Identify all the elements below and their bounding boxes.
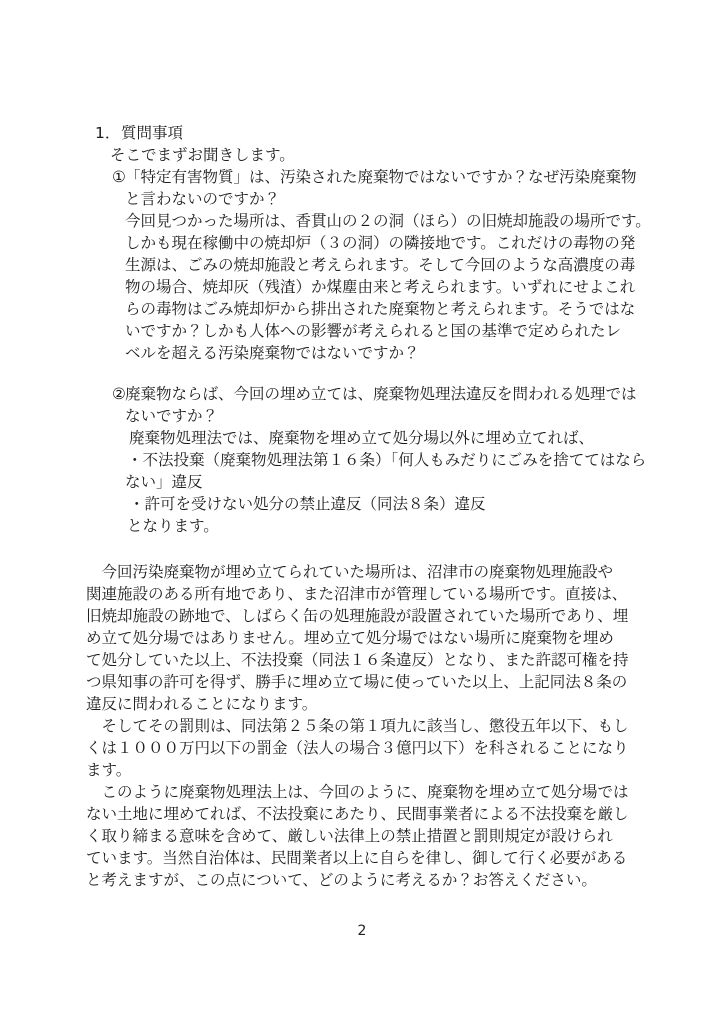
text-line: 「特定有害物質」は、汚染された廃棄物ではないですか？なぜ汚染廃棄物 [125,166,642,188]
text-line: 廃棄物処理法では、廃棄物を埋め立て処分場以外に埋め立てれば、 [129,427,642,449]
text-line: 今回汚染廃棄物が埋め立てられていた場所は、沼津市の廃棄物処理施設や [86,561,642,583]
page-number: 2 [0,920,724,942]
document-page: 1．質問事項 そこでまずお聞きします。 ① 「特定有害物質」は、汚染された廃棄物… [0,0,724,1024]
question-item-1: ① 「特定有害物質」は、汚染された廃棄物ではないですか？なぜ汚染廃棄物 と言わな… [86,166,642,364]
document-content: 1．質問事項 そこでまずお聞きします。 ① 「特定有害物質」は、汚染された廃棄物… [86,122,642,891]
text-line: 今回見つかった場所は、香貫山の２の洞（ほら）の旧焼却施設の場所です。 [125,210,642,232]
text-line: と言わないのですか？ [125,188,642,210]
text-line: 廃棄物ならば、今回の埋め立ては、廃棄物処理法違反を問われる処理では [125,383,642,405]
question-item-2: ② 廃棄物ならば、今回の埋め立ては、廃棄物処理法違反を問われる処理では ないです… [86,383,642,537]
text-line: 生源は、ごみの焼却施設と考えられます。そして今回のような高濃度の毒 [125,254,642,276]
text-line: く取り締まる意味を含めて、厳しい法律上の禁止措置と罰則規定が設けられ [86,825,642,847]
text-line: このように廃棄物処理法上は、今回のように、廃棄物を埋め立て処分場では [86,781,642,803]
text-line: ます。 [86,759,642,781]
text-line: らの毒物はごみ焼却炉から排出された廃棄物と考えられます。そうではな [125,298,642,320]
text-line: め立て処分場ではありません。埋め立て処分場ではない場所に廃棄物を埋め [86,627,642,649]
intro-line: そこでまずお聞きします。 [86,144,642,166]
item-1-marker: ① [112,166,126,188]
heading-title: 質問事項 [121,124,183,142]
text-line: ています。当然自治体は、民間業者以上に自らを律し、御して行く必要がある [86,847,642,869]
text-line: となります。 [127,515,642,537]
heading-number: 1． [95,122,121,144]
closing-paragraph: 今回汚染廃棄物が埋め立てられていた場所は、沼津市の廃棄物処理施設や 関連施設のあ… [86,561,642,891]
text-line: しかも現在稼働中の焼却炉（３の洞）の隣接地です。これだけの毒物の発 [125,232,642,254]
text-line: いですか？しかも人体への影響が考えられると国の基準で定められたレ [125,320,642,342]
text-line: ・不法投棄（廃棄物処理法第１６条）「何人もみだりにごみを捨ててはなら [127,449,642,471]
text-line: と考えますが、この点について、どのように考えるか？お答えください。 [86,869,642,891]
text-line: 違反に問われることになります。 [86,693,642,715]
text-line: くは１０００万円以下の罰金（法人の場合３億円以下）を科されることになり [86,737,642,759]
text-line: 物の場合、焼却灰（残渣）か煤塵由来と考えられます。いずれにせよこれ [125,276,642,298]
text-line: ・許可を受けない処分の禁止違反（同法８条）違反 [129,493,642,515]
text-line: 関連施設のある所有地であり、また沼津市が管理している場所です。直接は、 [86,583,642,605]
text-line: ベルを超える汚染廃棄物ではないですか？ [125,342,642,364]
item-2-marker: ② [112,383,126,405]
text-line: て処分していた以上、不法投棄（同法１６条違反）となり、また許認可権を持 [86,649,642,671]
text-line: 旧焼却施設の跡地で、しばらく缶の処理施設が設置されていた場所であり、埋 [86,605,642,627]
text-line: ないですか？ [125,405,642,427]
text-line: そしてその罰則は、同法第２５条の第１項九に該当し、懲役五年以下、もし [86,715,642,737]
text-line: つ県知事の許可を得ず、勝手に埋め立て場に使っていた以上、上記同法８条の [86,671,642,693]
text-line: ない土地に埋めてれば、不法投棄にあたり、民間事業者による不法投棄を厳し [86,803,642,825]
text-line: ない」違反 [125,471,642,493]
section-heading: 1．質問事項 [86,122,642,144]
